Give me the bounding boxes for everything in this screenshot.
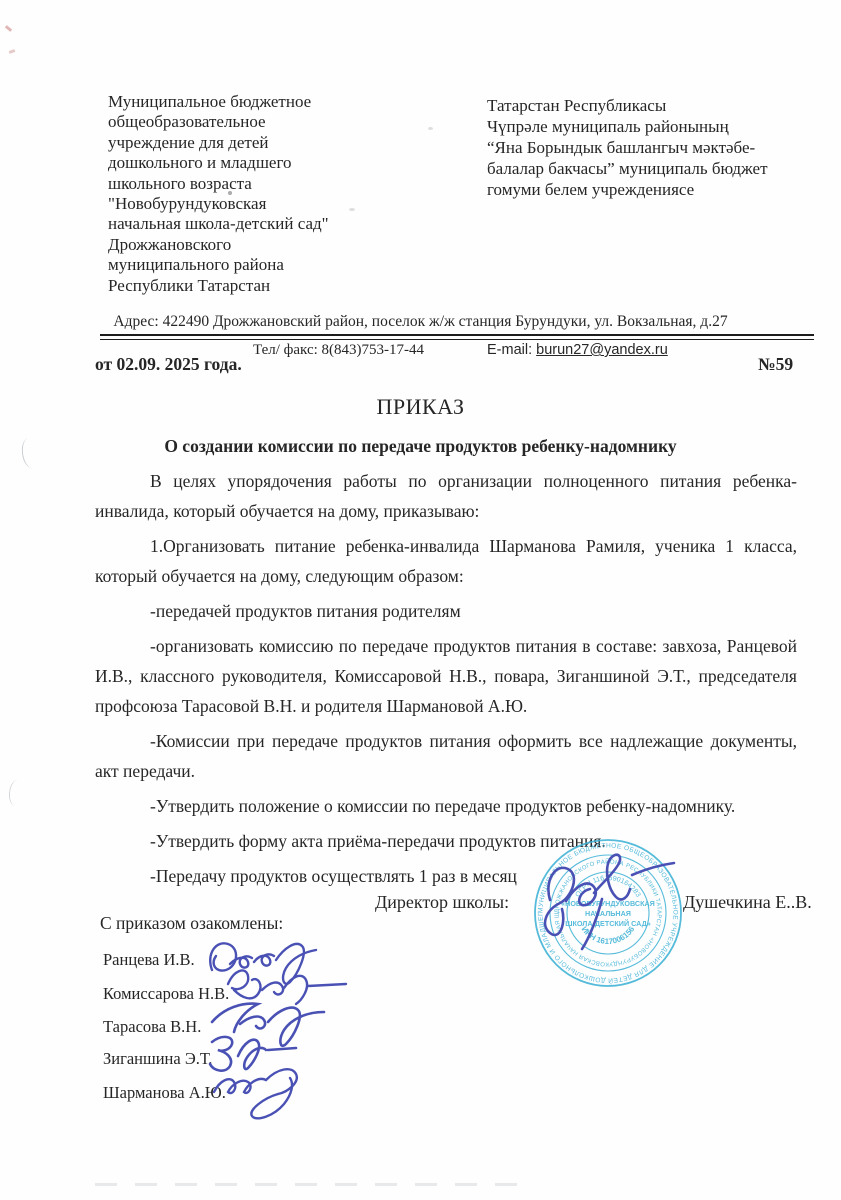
scan-artifact-speck xyxy=(428,127,433,130)
svg-text:ОГРН 1161690164283: ОГРН 1161690164283 xyxy=(575,875,642,899)
document-body: В целях упорядочения работы по организац… xyxy=(95,466,797,896)
stamp-ogrn-text: ОГРН 1161690164283 xyxy=(575,875,642,899)
ack-name-tarasova: Тарасова В.Н. xyxy=(103,1017,201,1037)
ack-name-komissarova: Комиссарова Н.В. xyxy=(103,984,229,1004)
paragraph-item-1: 1.Организовать питание ребенка-инвалида … xyxy=(95,531,797,591)
director-name: Душечкина Е..В. xyxy=(683,892,812,913)
ack-name-rantseva: Ранцева И.В. xyxy=(103,950,195,970)
scanned-order-document: Муниципальное бюджетное общеобразователь… xyxy=(0,0,841,1200)
double-rule-divider xyxy=(100,334,814,340)
scan-artifact-noise-strip xyxy=(95,1183,525,1186)
email-address: burun27@yandex.ru xyxy=(536,342,668,358)
phone-fax: Тел/ факс: 8(843)753-17-44 xyxy=(253,342,424,359)
paragraph-transfer-to-parents: -передачей продуктов питания родителям xyxy=(95,596,797,626)
paragraph-approve-regulation: -Утвердить положение о комиссии по перед… xyxy=(95,791,797,821)
email-line: E-mail: burun27@yandex.ru xyxy=(487,342,668,358)
org-name-russian: Муниципальное бюджетное общеобразователь… xyxy=(108,92,398,296)
signature-rantseva xyxy=(204,930,334,985)
paragraph-monthly-transfer: -Передачу продуктов осуществлять 1 раз в… xyxy=(95,861,797,891)
org-address: Адрес: 422490 Дрожжановский район, посел… xyxy=(0,313,841,331)
document-subject: О создании комиссии по передаче продукто… xyxy=(0,436,841,457)
ack-name-ziganshina: Зиганшина Э.Т. xyxy=(103,1049,212,1069)
document-title: ПРИКАЗ xyxy=(0,394,841,420)
stamp-center-line-3: ШКОЛА-ДЕТСКИЙ САД» xyxy=(565,919,650,928)
stamp-center-line-1: «НОВОБУРУНДУКОВСКАЯ xyxy=(561,899,655,908)
scan-artifact-red-mark xyxy=(5,25,12,32)
signature-komissarova xyxy=(218,962,358,1012)
paragraph-approve-act-form: -Утвердить форму акта приёма-передачи пр… xyxy=(95,826,797,856)
paragraph-commission-members: -организовать комиссию по передаче проду… xyxy=(95,631,797,721)
stamp-center-line-2: НАЧАЛЬНАЯ xyxy=(585,909,631,918)
scan-artifact-arc xyxy=(8,779,26,806)
school-round-stamp: МУНИЦИПАЛЬНОЕ БЮДЖЕТНОЕ ОБЩЕОБРАЗОВАТЕЛЬ… xyxy=(531,836,685,990)
acknowledgement-heading: С приказом озакомлены: xyxy=(100,913,283,934)
org-name-tatar: Татарстан Республикасы Чүпрәле муниципал… xyxy=(487,95,832,200)
paragraph-documents: -Комиссии при передаче продуктов питания… xyxy=(95,726,797,786)
signature-sharmanova xyxy=(208,1058,328,1123)
document-date: от 02.09. 2025 года. xyxy=(95,354,242,375)
paragraph-purpose: В целях упорядочения работы по организац… xyxy=(95,466,797,526)
signature-ziganshina xyxy=(204,1030,314,1075)
document-number: №59 xyxy=(758,354,793,375)
scan-artifact-red-mark xyxy=(9,49,16,54)
ack-name-sharmanova: Шарманова А.Ю. xyxy=(103,1083,226,1103)
director-label: Директор школы: xyxy=(375,892,509,913)
email-label: E-mail: xyxy=(487,342,536,358)
